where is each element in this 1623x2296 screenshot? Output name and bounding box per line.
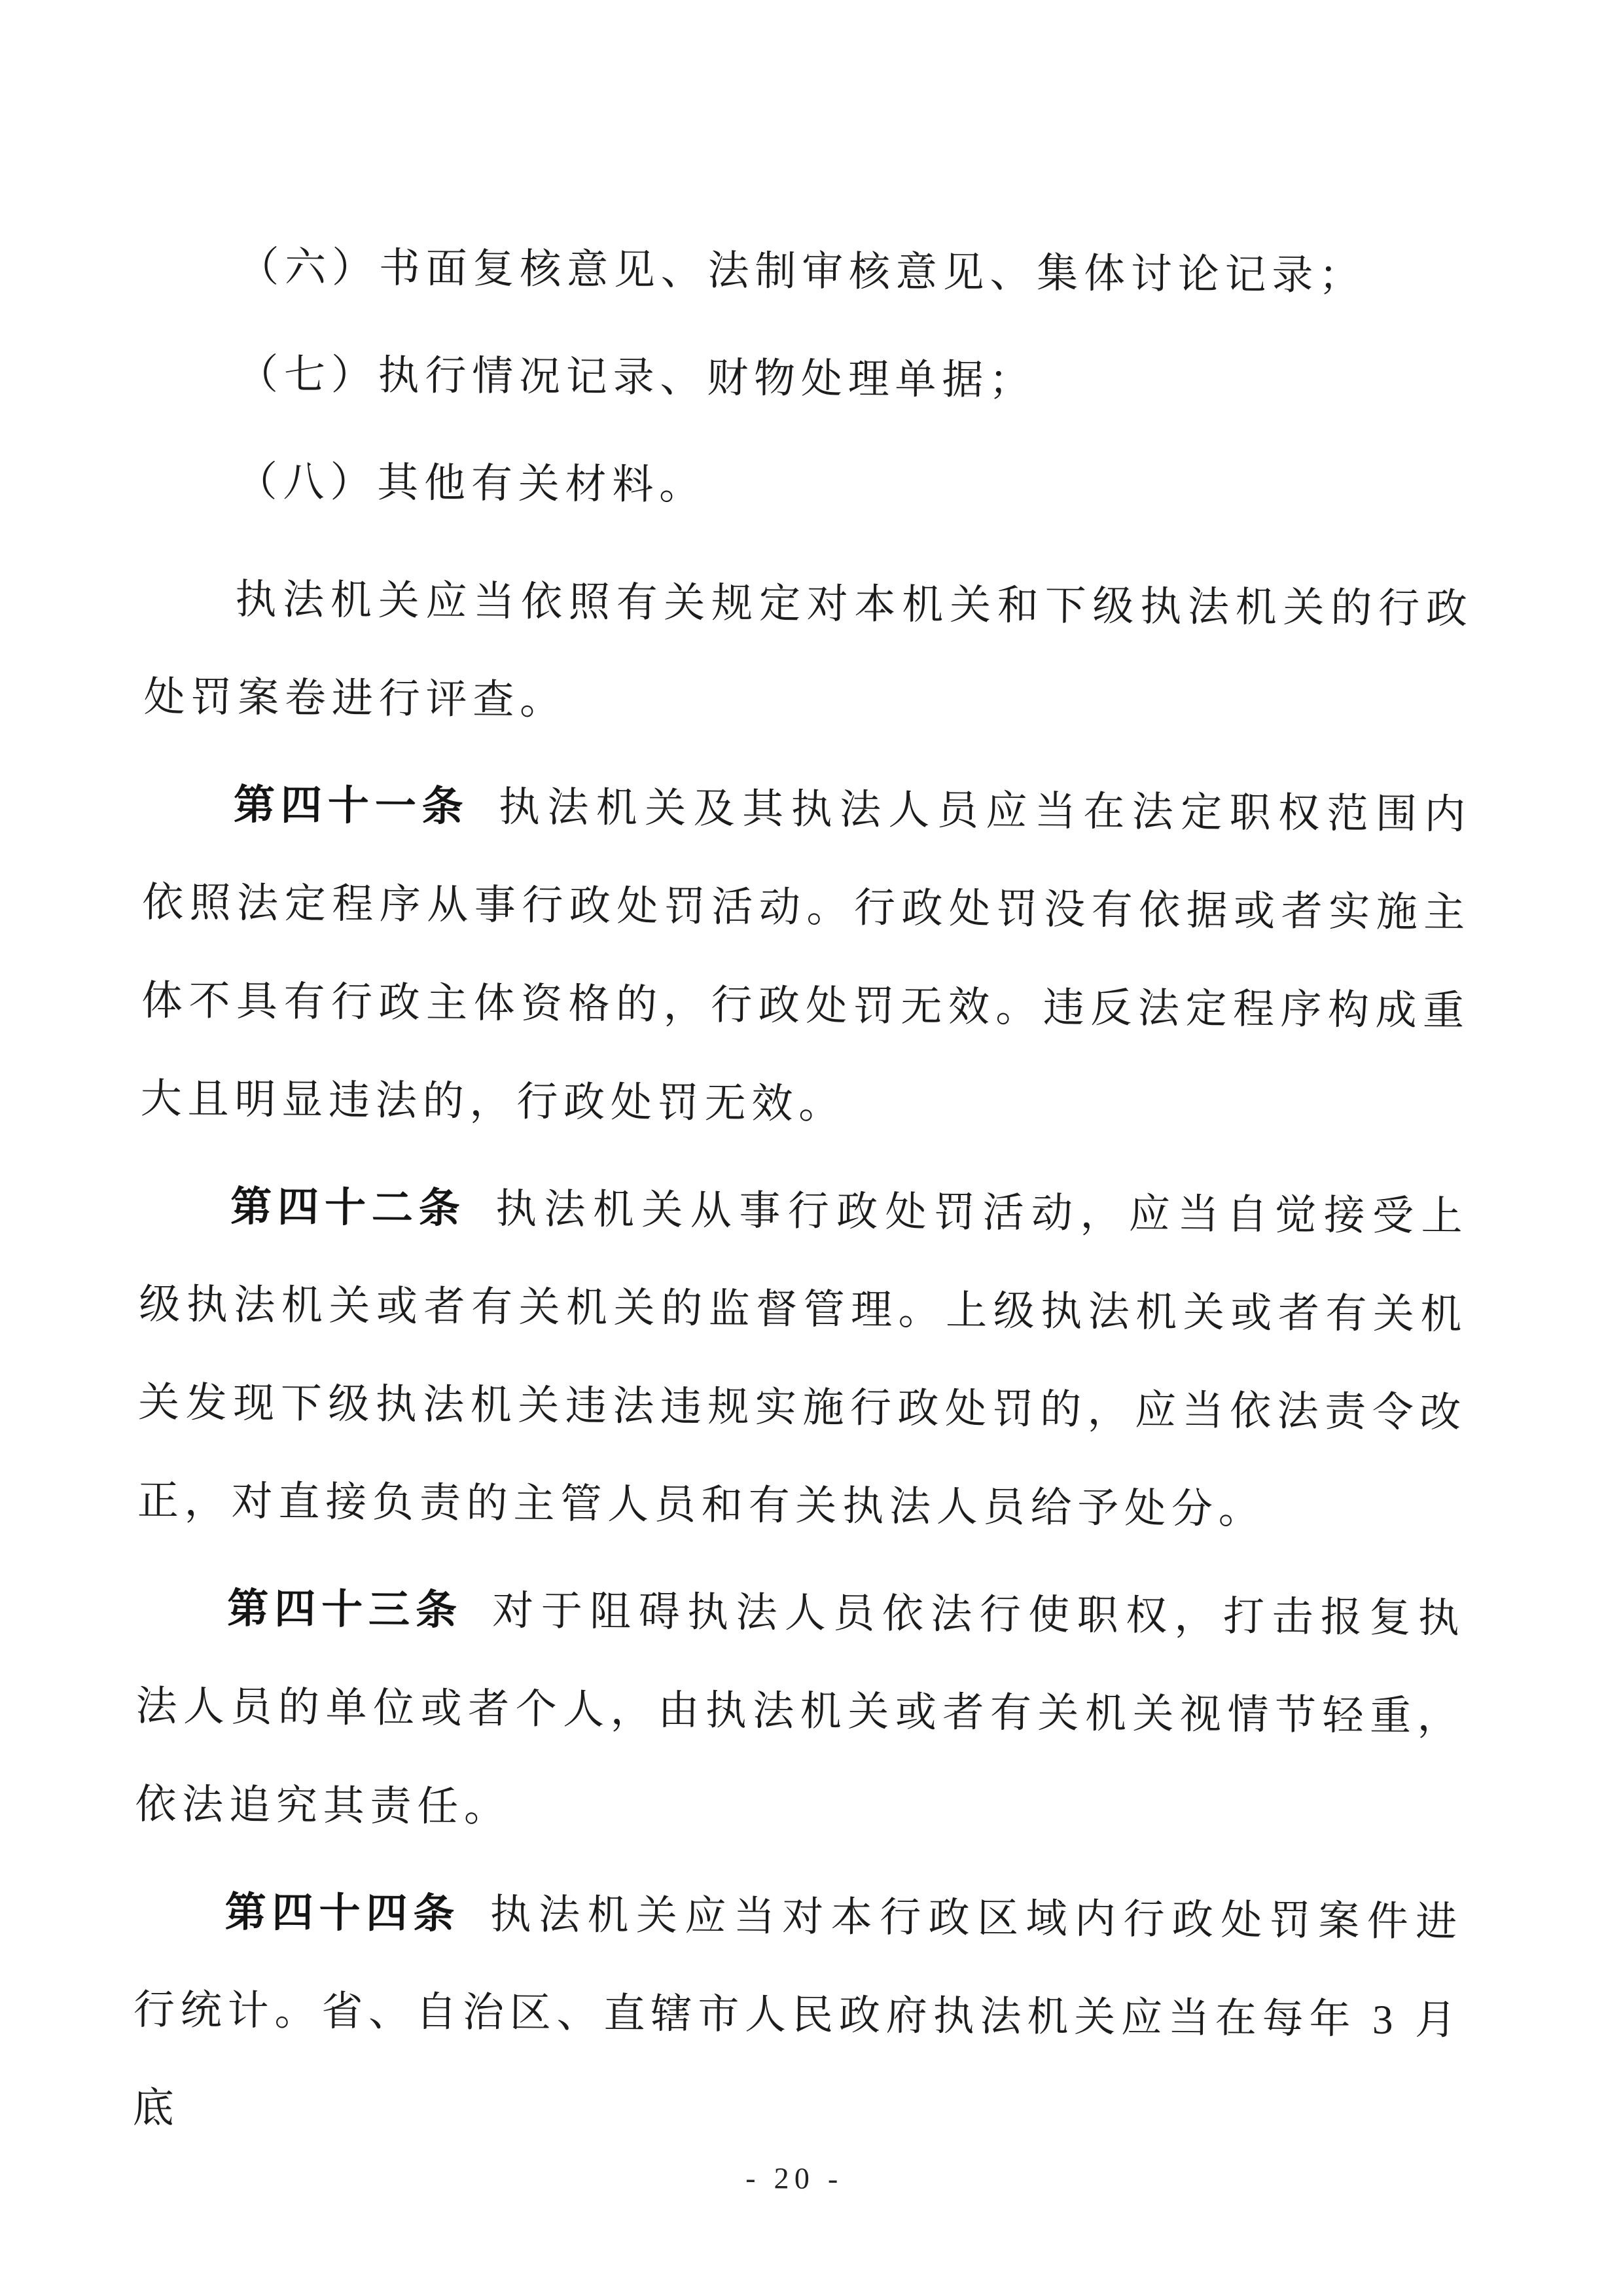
list-item-8: （八）其他有关材料。	[145, 432, 1474, 541]
article-43-number: 第四十三条	[227, 1586, 463, 1634]
page-tilt-wrapper: （六）书面复核意见、法制审核意见、集体讨论记录； （七）执行情况记录、财物处理单…	[0, 0, 1623, 2168]
article-44-number: 第四十四条	[224, 1890, 460, 1937]
paragraph-case-file-review: 执法机关应当依照有关规定对本机关和下级执法机关的行政处罚案卷进行评查。	[143, 550, 1473, 757]
document-body: （六）书面复核意见、法制审核意见、集体讨论记录； （七）执行情况记录、财物处理单…	[0, 0, 1623, 2168]
article-41-text: 执法机关及其执法人员应当在法定职权范围内依照法定程序从事行政处罚活动。行政处罚没…	[141, 784, 1472, 1127]
article-41-number: 第四十一条	[234, 782, 469, 830]
list-item-6: （六）书面复核意见、法制审核意见、集体讨论记录；	[147, 217, 1476, 326]
paragraph-article-43: 第四十三条对于阻碍执法人员依法行使职权，打击报复执法人员的单位或者个人，由执法机…	[135, 1559, 1465, 1864]
scanned-document-page: （六）书面复核意见、法制审核意见、集体讨论记录； （七）执行情况记录、财物处理单…	[0, 0, 1623, 2296]
article-42-number: 第四十二条	[230, 1184, 466, 1232]
article-42-text: 执法机关从事行政处罚活动，应当自觉接受上级执法机关或者有关机关的监督管理。上级执…	[137, 1186, 1469, 1532]
paragraph-article-41: 第四十一条执法机关及其执法人员应当在法定职权范围内依照法定程序从事行政处罚活动。…	[140, 755, 1472, 1158]
paragraph-article-44: 第四十四条执法机关应当对本行政区域内行政处罚案件进行统计。省、自治区、直辖市人民…	[132, 1863, 1463, 2168]
list-item-7: （七）执行情况记录、财物处理单据；	[146, 325, 1475, 433]
paragraph-article-42: 第四十二条执法机关从事行政处罚活动，应当自觉接受上级执法机关或者有关机关的监督管…	[137, 1157, 1469, 1560]
